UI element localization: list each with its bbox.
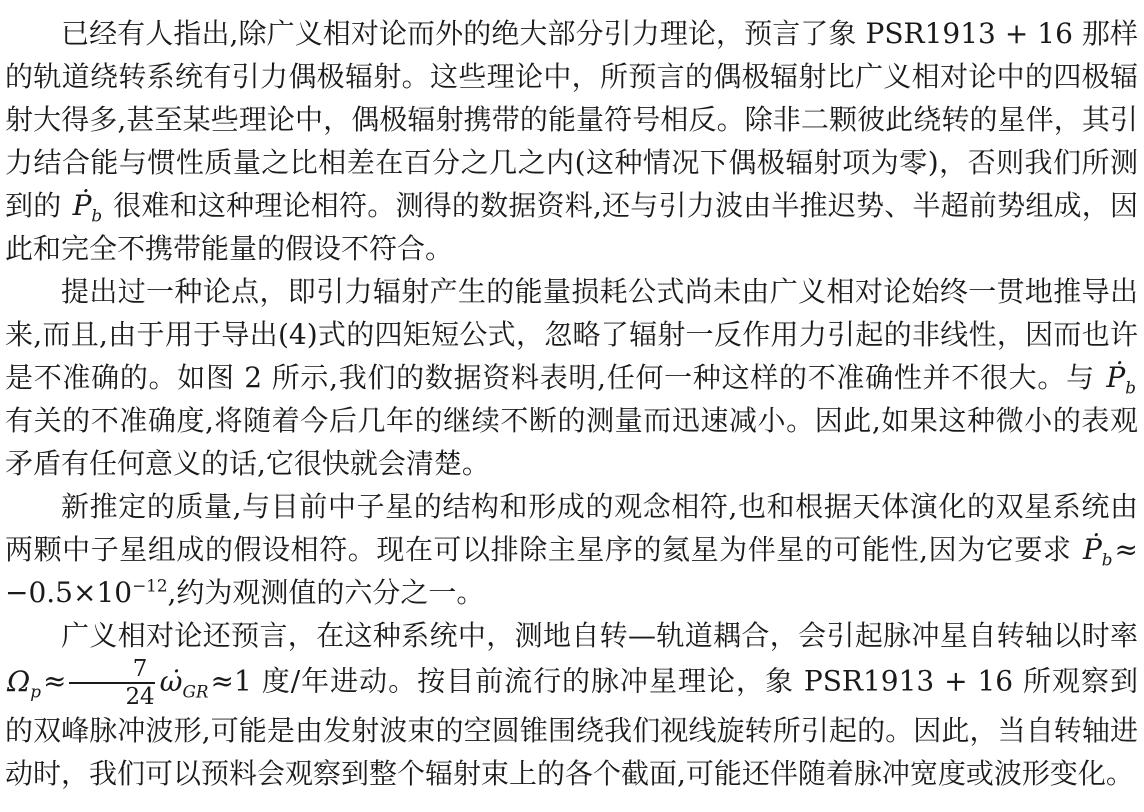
document-page: 已经有人指出,除广义相对论而外的绝大部分引力理论，预言了象 PSR1913 + … <box>0 0 1144 812</box>
text-run: ,约为观测值的六分之一。 <box>168 576 485 609</box>
fraction: 724 <box>69 657 154 709</box>
p-dot-b-symbol: Ṗb <box>1081 533 1115 566</box>
p-dot-b-symbol: Ṗb <box>71 189 105 222</box>
fraction-denominator: 24 <box>69 684 154 709</box>
omega-p-symbol: Ωp <box>5 665 43 698</box>
text-run: 很难和这种理论相符。测得的数据资料,还与引力波由半推迟势、半超前势组成，因此和完… <box>5 189 1138 265</box>
text-run: 新推定的质量,与目前中子星的结构和形成的观念相符,也和根据天体演化的双星系统由两… <box>5 490 1138 566</box>
paragraph-2: 提出过一种论点，即引力辐射产生的能量损耗公式尚未由广义相对论始终一贯地推导出来,… <box>5 270 1138 485</box>
paragraph-1: 已经有人指出,除广义相对论而外的绝大部分引力理论，预言了象 PSR1913 + … <box>5 12 1138 270</box>
text-column: 已经有人指出,除广义相对论而外的绝大部分引力理论，预言了象 PSR1913 + … <box>5 12 1138 795</box>
text-run: ≈ <box>43 665 66 698</box>
symbol-subscript: b <box>91 206 102 226</box>
symbol-subscript: p <box>30 681 41 701</box>
symbol-base: Ṗ <box>1106 361 1125 394</box>
omega-dot-gr-symbol: ω̇GR <box>158 665 211 698</box>
symbol-base: Ṗ <box>1083 533 1102 566</box>
text-run: 有关的不准确度,将随着今后几年的继续不断的测量而迅速减小。因此,如果这种微小的表… <box>5 404 1138 480</box>
symbol-base: Ṗ <box>73 189 92 222</box>
paragraph-4: 广义相对论还预言，在这种系统中，测地自转—轨道耦合，会引起脉冲星自转轴以时率 Ω… <box>5 614 1138 795</box>
symbol-base: Ω <box>7 665 30 698</box>
fraction-numerator: 7 <box>69 657 154 684</box>
symbol-subscript: b <box>1102 550 1113 570</box>
text-run: 提出过一种论点，即引力辐射产生的能量损耗公式尚未由广义相对论始终一贯地推导出来,… <box>5 275 1138 394</box>
symbol-subscript: b <box>1125 378 1136 398</box>
symbol-subscript: GR <box>183 681 209 701</box>
text-run: 广义相对论还预言，在这种系统中，测地自转—轨道耦合，会引起脉冲星自转轴以时率 <box>61 619 1138 652</box>
p-dot-b-symbol: Ṗb <box>1104 361 1138 394</box>
paragraph-3: 新推定的质量,与目前中子星的结构和形成的观念相符,也和根据天体演化的双星系统由两… <box>5 485 1138 614</box>
symbol-base: ω̇ <box>160 665 183 698</box>
exponent: −12 <box>132 576 167 596</box>
